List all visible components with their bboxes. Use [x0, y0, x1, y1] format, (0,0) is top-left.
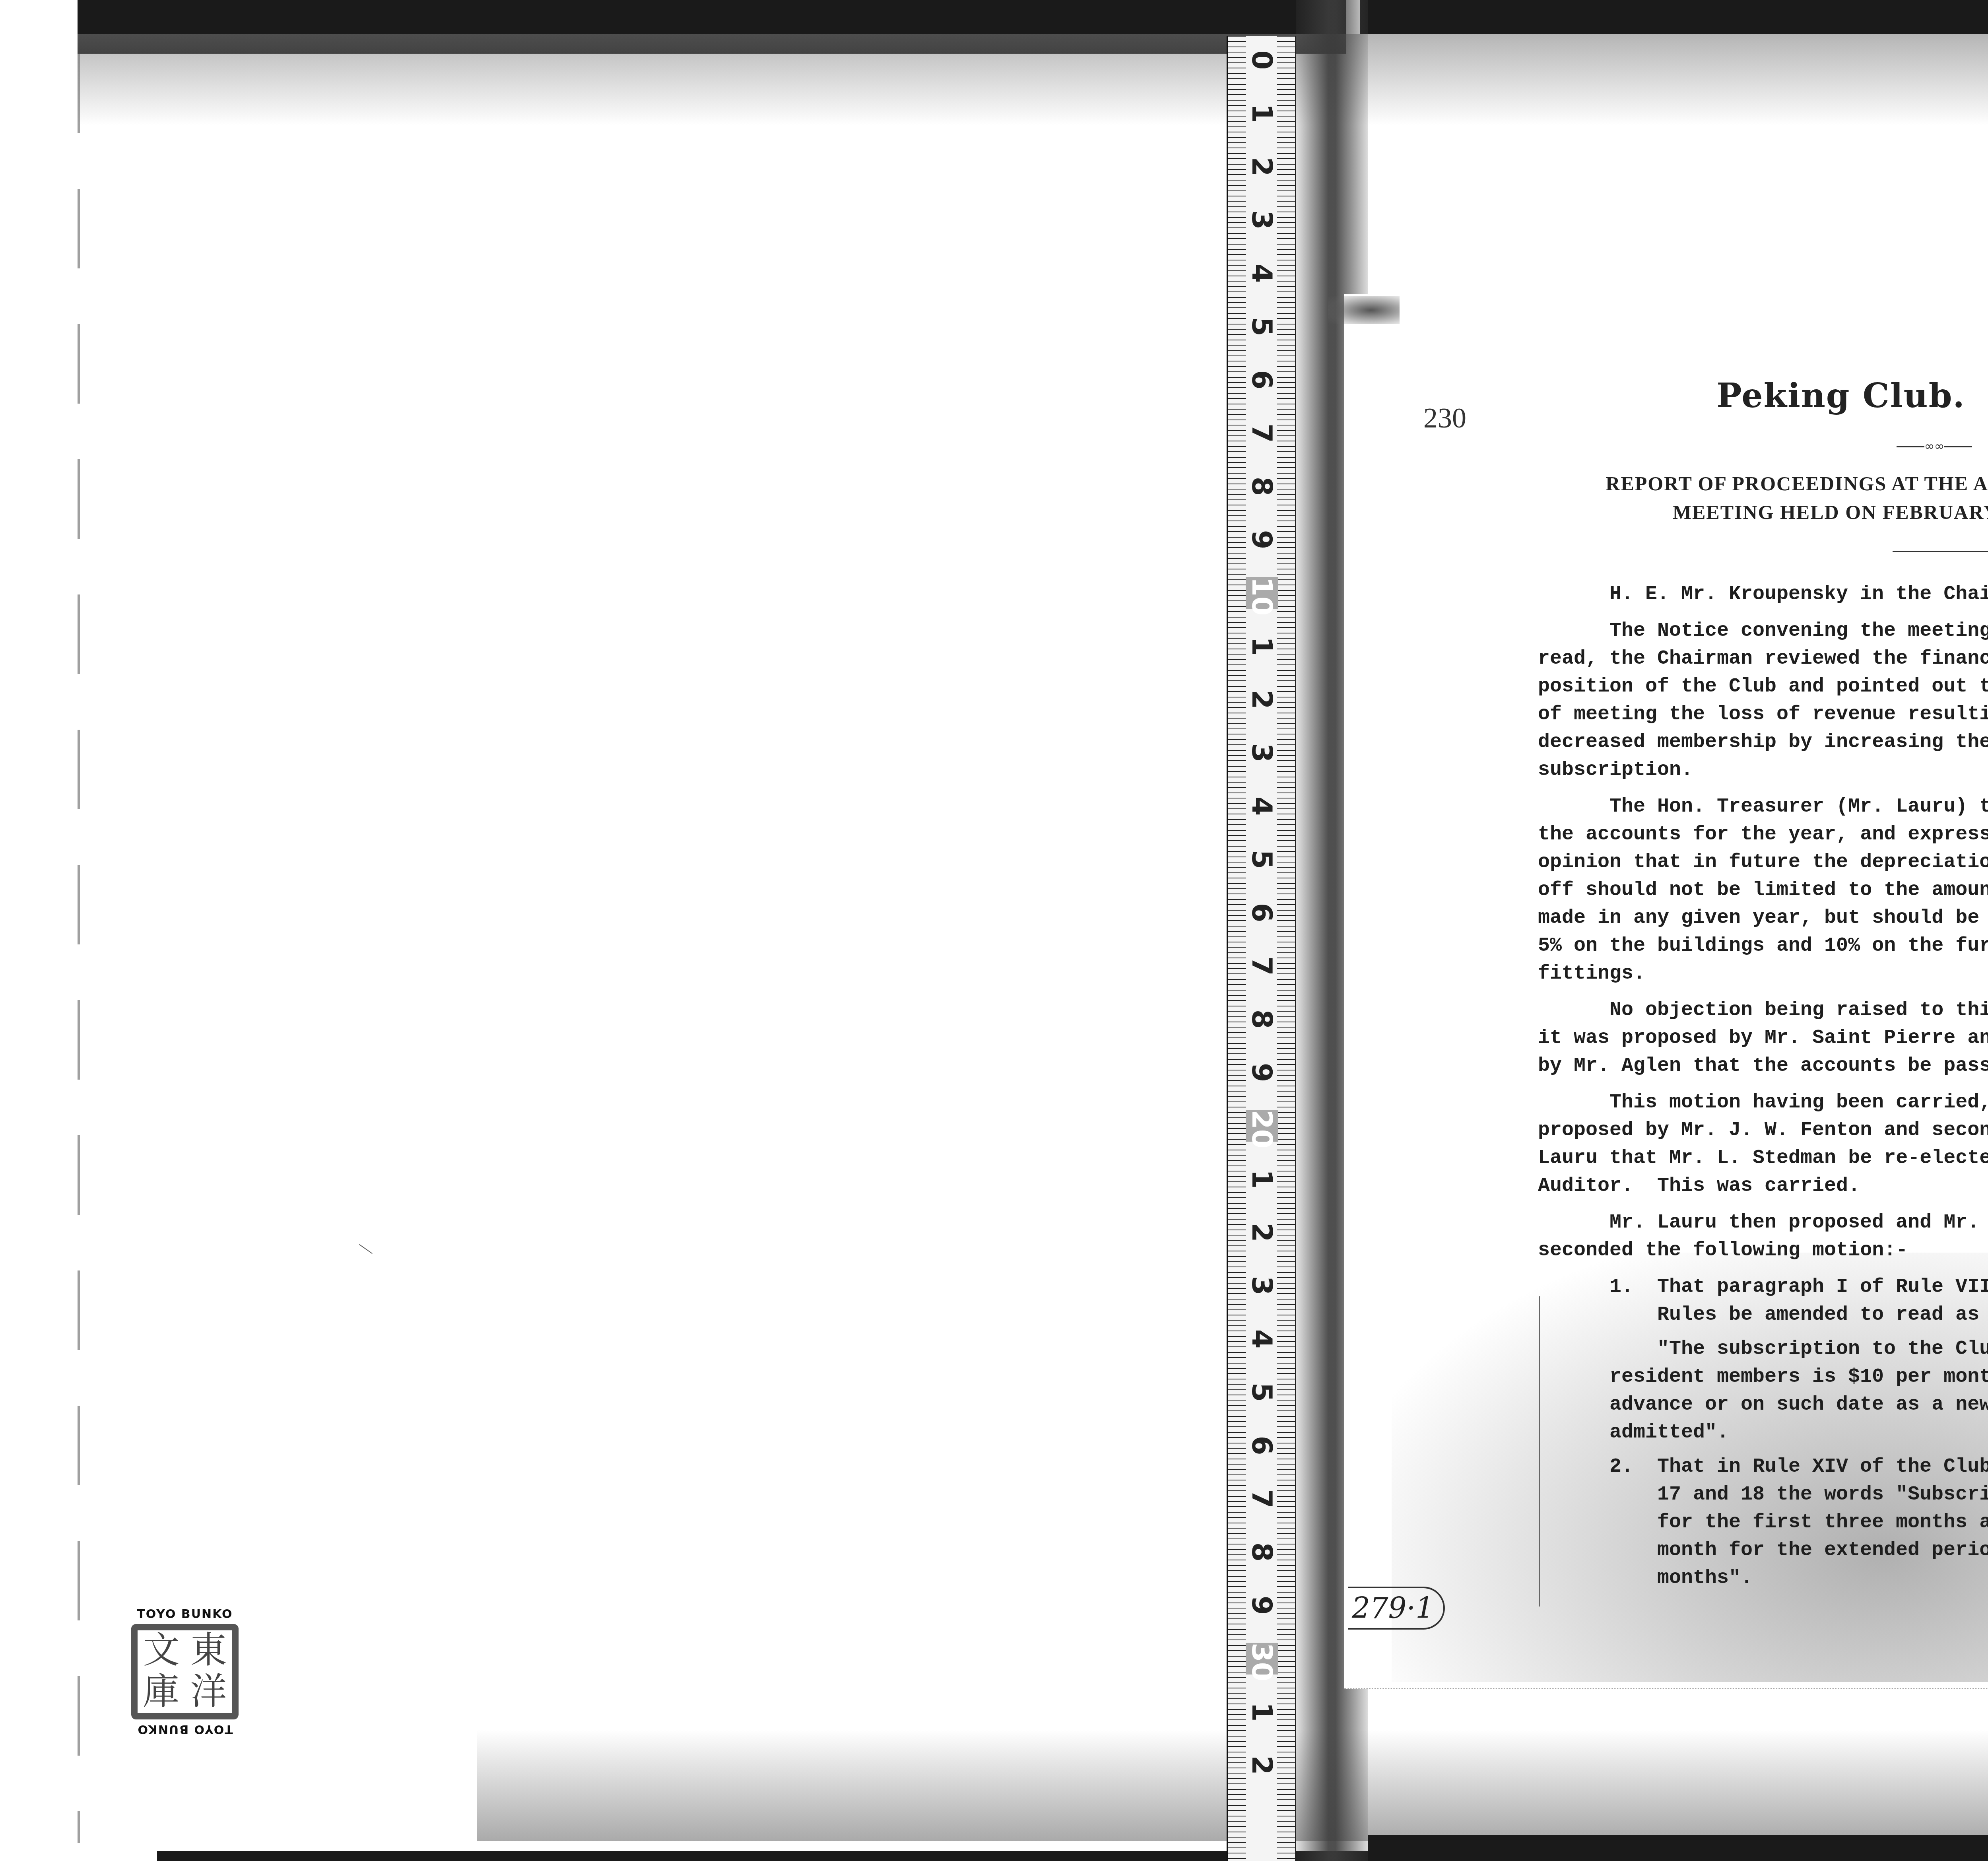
ruler-label: 4 — [1246, 790, 1278, 822]
margin-line — [1539, 1296, 1540, 1607]
item-text: That paragraph I of Rule VII of the Club — [1657, 1276, 1988, 1298]
ruler-label: 9 — [1246, 1589, 1278, 1621]
ruler-label: 5 — [1246, 1376, 1278, 1408]
text-line: This motion having been carried, it was — [1538, 1089, 1988, 1117]
scanner-edge-bottom-right — [1368, 1835, 1988, 1861]
text-line: proposed by Mr. J. W. Fenton and seconde… — [1538, 1117, 1988, 1144]
stamp-label: TOYO BUNKO — [127, 1607, 243, 1622]
heading-line: MEETING HELD ON FEBRUARY 28th, 1916. — [1551, 498, 1988, 526]
text-line: seconded the following motion:- — [1538, 1237, 1988, 1265]
scanner-edge-bottom-left — [157, 1851, 1378, 1861]
ruler-label: 1 — [1246, 1163, 1278, 1195]
ruler-label: 20 — [1246, 1110, 1278, 1142]
text-line: Lauru that Mr. L. Stedman be re-elected … — [1538, 1144, 1988, 1172]
ruler-label: 2 — [1246, 1216, 1278, 1248]
ruler-label: 6 — [1246, 364, 1278, 396]
ruler-label: 9 — [1246, 524, 1278, 556]
motion-item-1: 1.That paragraph I of Rule VII of the Cl… — [1538, 1273, 1988, 1447]
text-line: for the first three months and $10 per — [1538, 1509, 1988, 1537]
ruler-label: 8 — [1246, 1003, 1278, 1035]
text-line: fittings. — [1538, 960, 1988, 988]
ruler-label: 10 — [1246, 577, 1278, 609]
text-line: off should not be limited to the amount … — [1538, 876, 1988, 904]
text-line: Mr. Lauru then proposed and Mr. Lucas — [1538, 1209, 1988, 1237]
left-page-mark — [359, 1244, 373, 1254]
text-line: resident members is $10 per month payabl… — [1538, 1363, 1988, 1391]
scanner-edge-top-right — [1360, 0, 1988, 34]
item-text: month for the extended period of three — [1657, 1539, 1988, 1562]
ruler-ticks-left — [1228, 36, 1246, 1861]
motion-item-2: 2.That in Rule XIV of the Club Rules, li… — [1538, 1453, 1988, 1592]
item-text: 17 and 18 the words "Subscription of $7 — [1657, 1483, 1988, 1506]
item-text: Rules be amended to read as follows:- — [1657, 1303, 1988, 1326]
ruler-label: 3 — [1246, 204, 1278, 236]
ruler-label: 8 — [1246, 1536, 1278, 1568]
ruler-label: 2 — [1246, 1749, 1278, 1781]
paragraph-auditor: This motion having been carried, it wasp… — [1538, 1089, 1988, 1200]
ruler-label: 3 — [1246, 737, 1278, 769]
document-title: Peking Club. — [1670, 376, 1988, 415]
text-line: 1.That paragraph I of Rule VII of the Cl… — [1538, 1273, 1988, 1301]
ruler-label: 5 — [1246, 311, 1278, 342]
ruler-ticks-right — [1277, 36, 1295, 1861]
text-line: 17 and 18 the words "Subscription of $7 — [1538, 1481, 1988, 1509]
text-line: "The subscription to the Club for — [1538, 1335, 1988, 1363]
ruler-label: 3 — [1246, 1270, 1278, 1302]
paper-clip — [1328, 296, 1400, 324]
text-line: 2.That in Rule XIV of the Club Rules, li… — [1538, 1453, 1988, 1481]
text-line: H. E. Mr. Kroupensky in the Chair. — [1538, 581, 1988, 608]
top-shadow — [78, 34, 1988, 125]
paragraph-treasurer: The Hon. Treasurer (Mr. Lauru) then spok… — [1538, 793, 1988, 988]
ruler-label: 7 — [1246, 1483, 1278, 1515]
page-number: 230 — [1423, 402, 1466, 435]
ruler-label: 9 — [1246, 1057, 1278, 1088]
ruler-label: 1 — [1246, 97, 1278, 129]
paragraph-chair: H. E. Mr. Kroupensky in the Chair. — [1538, 581, 1988, 608]
toyo-bunko-stamp-bottom: TOYO BUNKO 文 東 庫 洋 TOYO BUNKO — [127, 1607, 243, 1737]
seal-icon: 文 東 庫 洋 — [131, 1624, 239, 1719]
item-number: 1. — [1609, 1273, 1633, 1301]
left-page-edge — [78, 54, 80, 1843]
item-number: 2. — [1609, 1453, 1633, 1481]
ruler-label: 6 — [1246, 897, 1278, 929]
text-line: the accounts for the year, and expressed… — [1538, 821, 1988, 849]
text-line: decreased membership by increasing the m… — [1538, 728, 1988, 756]
text-line: Auditor. This was carried. — [1538, 1172, 1988, 1200]
ruler-label: 7 — [1246, 950, 1278, 982]
text-line: position of the Club and pointed out the… — [1538, 673, 1988, 701]
ruler-label: 2 — [1246, 151, 1278, 183]
heading-line: REPORT OF PROCEEDINGS AT THE ANNUAL GENE… — [1551, 469, 1988, 498]
ruler-label: 4 — [1246, 1323, 1278, 1355]
ruler-label: 2 — [1246, 684, 1278, 715]
text-line: by Mr. Aglen that the accounts be passed… — [1538, 1052, 1988, 1080]
quoted-rule: "The subscription to the Club forresiden… — [1538, 1335, 1988, 1447]
text-line: The Notice convening the meeting having … — [1538, 617, 1988, 645]
ruler-label: 5 — [1246, 843, 1278, 875]
ruler-label: 30 — [1246, 1643, 1278, 1675]
text-line: The Hon. Treasurer (Mr. Lauru) then spok… — [1538, 793, 1988, 821]
text-line: month for the extended period of three — [1538, 1537, 1988, 1564]
ruler-label: 0 — [1246, 44, 1278, 76]
paragraph-no-objection: No objection being raised to this sugges… — [1538, 997, 1988, 1080]
paragraph-notice: The Notice convening the meeting having … — [1538, 617, 1988, 784]
text-line: Rules be amended to read as follows:- — [1538, 1301, 1988, 1329]
ruler-label: 7 — [1246, 417, 1278, 449]
ruler-label: 1 — [1246, 630, 1278, 662]
ruler-label: 6 — [1246, 1430, 1278, 1461]
report-body: H. E. Mr. Kroupensky in the Chair.The No… — [1538, 581, 1988, 1599]
item-text: for the first three months and $10 per — [1657, 1511, 1988, 1534]
paragraph-motion-intro: Mr. Lauru then proposed and Mr. Lucassec… — [1538, 1209, 1988, 1265]
heading-rule — [1893, 551, 1988, 552]
measuring-ruler: 012345678910123456789201234567893012 — [1227, 36, 1296, 1861]
handwritten-annotation: 279·1 — [1348, 1587, 1445, 1630]
text-line: it was proposed by Mr. Saint Pierre and … — [1538, 1024, 1988, 1052]
stamp-label-inverted: TOYO BUNKO — [127, 1721, 243, 1737]
ruler-label: 8 — [1246, 470, 1278, 502]
item-text: That in Rule XIV of the Club Rules, line… — [1657, 1455, 1988, 1478]
item-text: months". — [1657, 1567, 1753, 1589]
ruler-label: 1 — [1246, 1696, 1278, 1728]
text-line: admitted". — [1538, 1419, 1988, 1447]
text-line: months". — [1538, 1564, 1988, 1592]
ruler-label: 4 — [1246, 257, 1278, 289]
text-line: advance or on such date as a new member … — [1538, 1391, 1988, 1419]
text-line: made in any given year, but should be fi… — [1538, 904, 1988, 932]
text-line: No objection being raised to this sugges… — [1538, 997, 1988, 1024]
text-line: subscription. — [1538, 756, 1988, 784]
title-ornament: ∞∞ — [1889, 439, 1980, 453]
text-line: 5% on the buildings and 10% on the furni… — [1538, 932, 1988, 960]
text-line: of meeting the loss of revenue resulting… — [1538, 701, 1988, 728]
text-line: read, the Chairman reviewed the financia… — [1538, 645, 1988, 673]
text-line: opinion that in future the depreciation … — [1538, 849, 1988, 876]
report-heading: REPORT OF PROCEEDINGS AT THE ANNUAL GENE… — [1551, 469, 1988, 526]
